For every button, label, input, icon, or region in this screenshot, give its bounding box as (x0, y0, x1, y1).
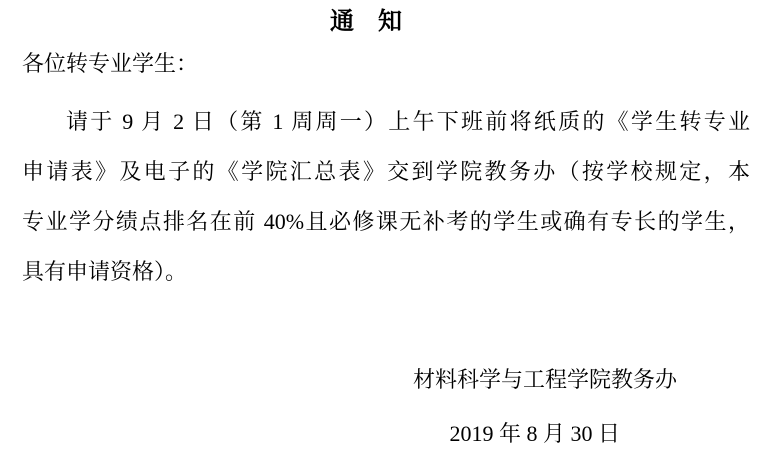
notice-paragraph: 请于 9 月 2 日（第 1 周周一）上午下班前将纸质的《学生转专业申请表》及电… (22, 97, 750, 297)
notice-salutation: 各位转专业学生： (22, 39, 750, 89)
notice-signature: 材料科学与工程学院教务办 (22, 355, 750, 405)
paragraph-line: 专业学分绩点排名在前 40%且必修课无补考的学生或确有专长的学生， (22, 197, 750, 247)
paragraph-line: 具有申请资格）。 (22, 247, 750, 297)
paragraph-line: 申请表》及电子的《学院汇总表》交到学院教务办（按学校规定，本 (22, 147, 750, 197)
paragraph-line: 请于 9 月 2 日（第 1 周周一）上午下班前将纸质的《学生转专业 (22, 97, 750, 147)
notice-title: 通 知 (22, 5, 750, 39)
notice-document: 通 知 各位转专业学生： 请于 9 月 2 日（第 1 周周一）上午下班前将纸质… (0, 0, 762, 459)
notice-date: 2019 年 8 月 30 日 (22, 409, 750, 459)
